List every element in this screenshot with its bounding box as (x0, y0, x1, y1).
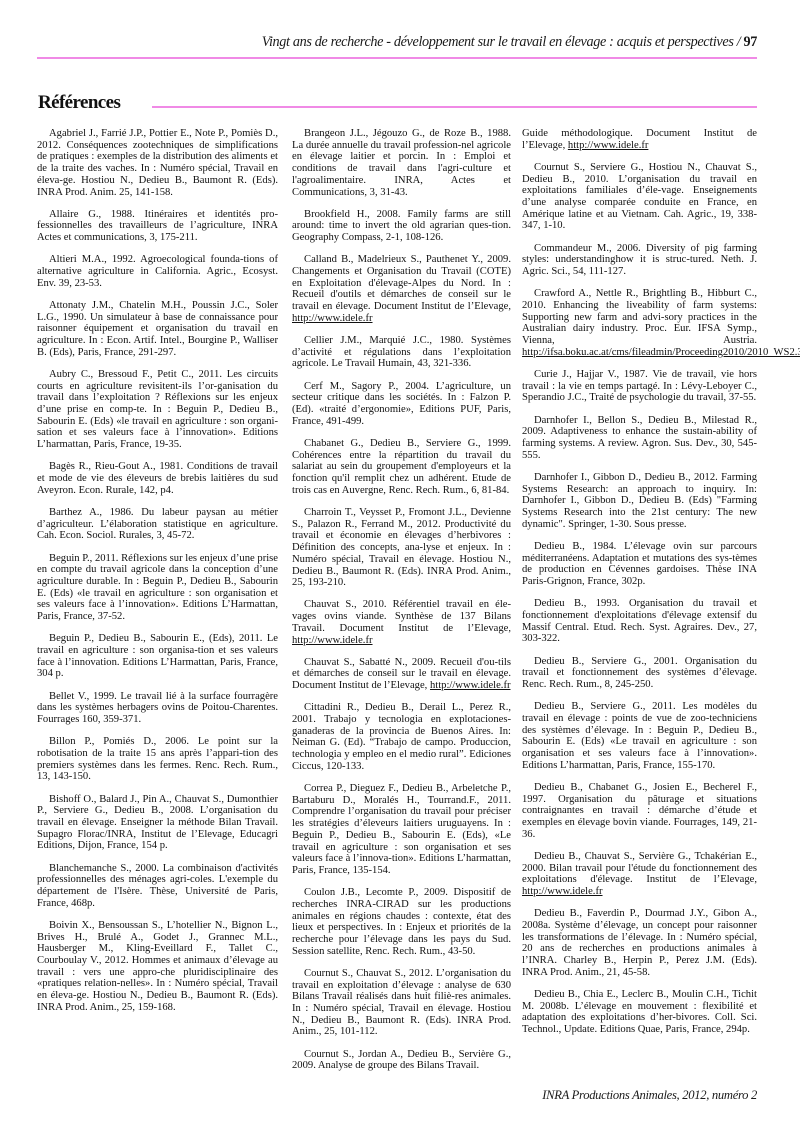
reference-text: Beguin P., Dedieu B., Sabourin E., (Eds)… (37, 633, 278, 679)
reference-text: Cerf M., Sagory P., 2004. L’agriculture,… (292, 381, 511, 427)
reference-entry: Cerf M., Sagory P., 2004. L’agriculture,… (292, 381, 511, 428)
reference-text: Blanchemanche S., 2000. La combinaison d… (37, 863, 278, 909)
reference-entry: Chauvat S., Sabatté N., 2009. Recueil d'… (292, 657, 511, 692)
reference-text: Bishoff O., Balard J., Pin A., Chauvat S… (37, 794, 278, 852)
reference-entry: Dedieu B., Chia E., Leclerc B., Moulin C… (522, 989, 757, 1036)
reference-text: Brangeon J.L., Jégouzo G., de Roze B., 1… (292, 128, 511, 198)
section-title-rule (152, 106, 757, 108)
reference-text: Coulon J.B., Lecomte P., 2009. Dispositi… (292, 887, 511, 957)
reference-entry: Altieri M.A., 1992. Agroecological found… (37, 254, 278, 289)
reference-entry: Dedieu B., Chabanet G., Josien E., Beche… (522, 782, 757, 841)
reference-text: Brookfield H., 2008. Family farms are st… (292, 209, 511, 243)
reference-text: Darnhofer I., Bellon S., Dedieu B., Mile… (522, 415, 757, 461)
reference-entry: Brookfield H., 2008. Family farms are st… (292, 209, 511, 244)
reference-link[interactable]: http://ifsa.boku.ac.at/cms/fileadmin/Pro… (522, 347, 800, 358)
reference-text: Billon P., Pomiés D., 2006. Le point sur… (37, 736, 278, 782)
reference-entry: Cellier J.M., Marquié J.C., 1980. Systèm… (292, 335, 511, 370)
reference-text: Darnhofer I., Gibbon D., Dedieu B., 2012… (522, 472, 757, 530)
reference-text: Boivin X., Bensoussan S., L’hotellier N.… (37, 920, 278, 1013)
reference-entry: Attonaty J.M., Chatelin M.H., Poussin J.… (37, 300, 278, 359)
reference-entry: Bishoff O., Balard J., Pin A., Chauvat S… (37, 794, 278, 853)
reference-entry: Aubry C., Bressoud F., Petit C., 2011. L… (37, 369, 278, 451)
reference-entry: Charroin T., Veysset P., Fromont J.L., D… (292, 507, 511, 589)
reference-entry: Barthez A., 1986. Du labeur paysan au mé… (37, 507, 278, 542)
reference-entry: Boivin X., Bensoussan S., L’hotellier N.… (37, 920, 278, 1014)
running-title: Vingt ans de recherche - développement s… (262, 34, 744, 50)
reference-entry: Commandeur M., 2006. Diversity of pig fa… (522, 243, 757, 278)
reference-entry: Chauvat S., 2010. Référentiel travail en… (292, 599, 511, 646)
header-rule (37, 57, 757, 59)
references-column-middle: Brangeon J.L., Jégouzo G., de Roze B., 1… (292, 128, 511, 1083)
reference-entry: Cournut S., Jordan A., Dedieu B., Serviè… (292, 1049, 511, 1072)
reference-entry: Dedieu B., Faverdin P., Dourmad J.Y., Gi… (522, 908, 757, 978)
reference-entry: Dedieu B., Serviere G., 2001. Organisati… (522, 656, 757, 691)
reference-entry: Beguin P., Dedieu B., Sabourin E., (Eds)… (37, 633, 278, 680)
running-head: Vingt ans de recherche - développement s… (37, 33, 757, 51)
reference-text: Chabanet G., Dedieu B., Serviere G., 199… (292, 438, 511, 496)
reference-entry: Calland B., Madelrieux S., Pauthenet Y.,… (292, 254, 511, 324)
reference-link[interactable]: http://www.idele.fr (430, 680, 511, 691)
reference-entry: Dedieu B., 1993. Organisation du travail… (522, 598, 757, 645)
reference-text: Cellier J.M., Marquié J.C., 1980. Systèm… (292, 335, 511, 369)
reference-entry: Bellet V., 1999. Le travail lié à la sur… (37, 691, 278, 726)
references-column-left: Agabriel J., Farrié J.P., Pottier E., No… (37, 128, 278, 1024)
reference-entry: Bagès R., Rieu-Gout A., 1981. Conditions… (37, 461, 278, 496)
reference-entry: Darnhofer I., Bellon S., Dedieu B., Mile… (522, 415, 757, 462)
reference-text: Cournut S., Jordan A., Dedieu B., Serviè… (292, 1049, 511, 1072)
reference-entry: Cittadini R., Dedieu B., Derail L., Pere… (292, 702, 511, 772)
reference-text: Curie J., Hajjar V., 1987. Vie de travai… (522, 369, 757, 403)
reference-entry: Blanchemanche S., 2000. La combinaison d… (37, 863, 278, 910)
references-column-right: Guide méthodologique. Document Institut … (522, 128, 757, 1046)
reference-text: Correa P., Dieguez F., Dedieu B., Arbele… (292, 783, 511, 876)
reference-text: Dedieu B., Faverdin P., Dourmad J.Y., Gi… (522, 908, 757, 978)
reference-entry: Brangeon J.L., Jégouzo G., de Roze B., 1… (292, 128, 511, 198)
reference-link[interactable]: http://www.idele.fr (522, 886, 603, 897)
reference-entry: Beguin P., 2011. Réflexions sur les enje… (37, 553, 278, 623)
reference-text: Commandeur M., 2006. Diversity of pig fa… (522, 243, 757, 277)
reference-text: Attonaty J.M., Chatelin M.H., Poussin J.… (37, 300, 278, 358)
reference-entry: Cournut S., Serviere G., Hostiou N., Cha… (522, 162, 757, 232)
reference-entry: Chabanet G., Dedieu B., Serviere G., 199… (292, 438, 511, 497)
reference-text: Beguin P., 2011. Réflexions sur les enje… (37, 553, 278, 623)
reference-entry: Coulon J.B., Lecomte P., 2009. Dispositi… (292, 887, 511, 957)
reference-text: Aubry C., Bressoud F., Petit C., 2011. L… (37, 369, 278, 450)
reference-text: Bagès R., Rieu-Gout A., 1981. Conditions… (37, 461, 278, 495)
reference-text: Bellet V., 1999. Le travail lié à la sur… (37, 691, 278, 725)
reference-entry: Cournut S., Chauvat S., 2012. L’organisa… (292, 968, 511, 1038)
reference-text: Charroin T., Veysset P., Fromont J.L., D… (292, 507, 511, 588)
reference-text: Dedieu B., 1993. Organisation du travail… (522, 598, 757, 644)
reference-text: Cournut S., Serviere G., Hostiou N., Cha… (522, 162, 757, 232)
reference-entry: Agabriel J., Farrié J.P., Pottier E., No… (37, 128, 278, 198)
reference-link[interactable]: http://www.idele.fr (292, 635, 373, 646)
reference-entry: Billon P., Pomiés D., 2006. Le point sur… (37, 736, 278, 783)
reference-entry: Allaire G., 1988. Itinéraires et identit… (37, 209, 278, 244)
reference-entry: Crawford A., Nettle R., Brightling B., H… (522, 288, 757, 358)
reference-text: Agabriel J., Farrié J.P., Pottier E., No… (37, 128, 278, 198)
reference-text: Dedieu B., Chauvat S., Servière G., Tcha… (522, 851, 757, 885)
reference-entry: Darnhofer I., Gibbon D., Dedieu B., 2012… (522, 472, 757, 531)
reference-text: Barthez A., 1986. Du labeur paysan au mé… (37, 507, 278, 541)
reference-entry: Correa P., Dieguez F., Dedieu B., Arbele… (292, 783, 511, 877)
reference-text: Dedieu B., Serviere G., 2011. Les modèle… (522, 701, 757, 771)
reference-link[interactable]: http://www.idele.fr (292, 313, 373, 324)
reference-text: Crawford A., Nettle R., Brightling B., H… (522, 288, 757, 346)
reference-text: Allaire G., 1988. Itinéraires et identit… (37, 209, 278, 243)
reference-text: Dedieu B., Chia E., Leclerc B., Moulin C… (522, 989, 757, 1035)
reference-link[interactable]: http://www.idele.fr (568, 140, 649, 151)
reference-text: Calland B., Madelrieux S., Pauthenet Y.,… (292, 254, 511, 312)
reference-entry: Guide méthodologique. Document Institut … (522, 128, 757, 151)
reference-text: Cittadini R., Dedieu B., Derail L., Pere… (292, 702, 511, 772)
reference-entry: Dedieu B., Serviere G., 2011. Les modèle… (522, 701, 757, 771)
page-number: 97 (744, 34, 758, 50)
reference-entry: Curie J., Hajjar V., 1987. Vie de travai… (522, 369, 757, 404)
journal-footer: INRA Productions Animales, 2012, numéro … (480, 1088, 757, 1103)
reference-text: Altieri M.A., 1992. Agroecological found… (37, 254, 278, 288)
reference-text: Dedieu B., 1984. L’élevage ovin sur parc… (522, 541, 757, 587)
reference-text: Chauvat S., 2010. Référentiel travail en… (292, 599, 511, 633)
reference-text: Dedieu B., Serviere G., 2001. Organisati… (522, 656, 757, 690)
reference-entry: Dedieu B., 1984. L’élevage ovin sur parc… (522, 541, 757, 588)
reference-entry: Dedieu B., Chauvat S., Servière G., Tcha… (522, 851, 757, 898)
reference-text: Dedieu B., Chabanet G., Josien E., Beche… (522, 782, 757, 840)
reference-text: Cournut S., Chauvat S., 2012. L’organisa… (292, 968, 511, 1038)
section-title: Références (38, 92, 120, 114)
